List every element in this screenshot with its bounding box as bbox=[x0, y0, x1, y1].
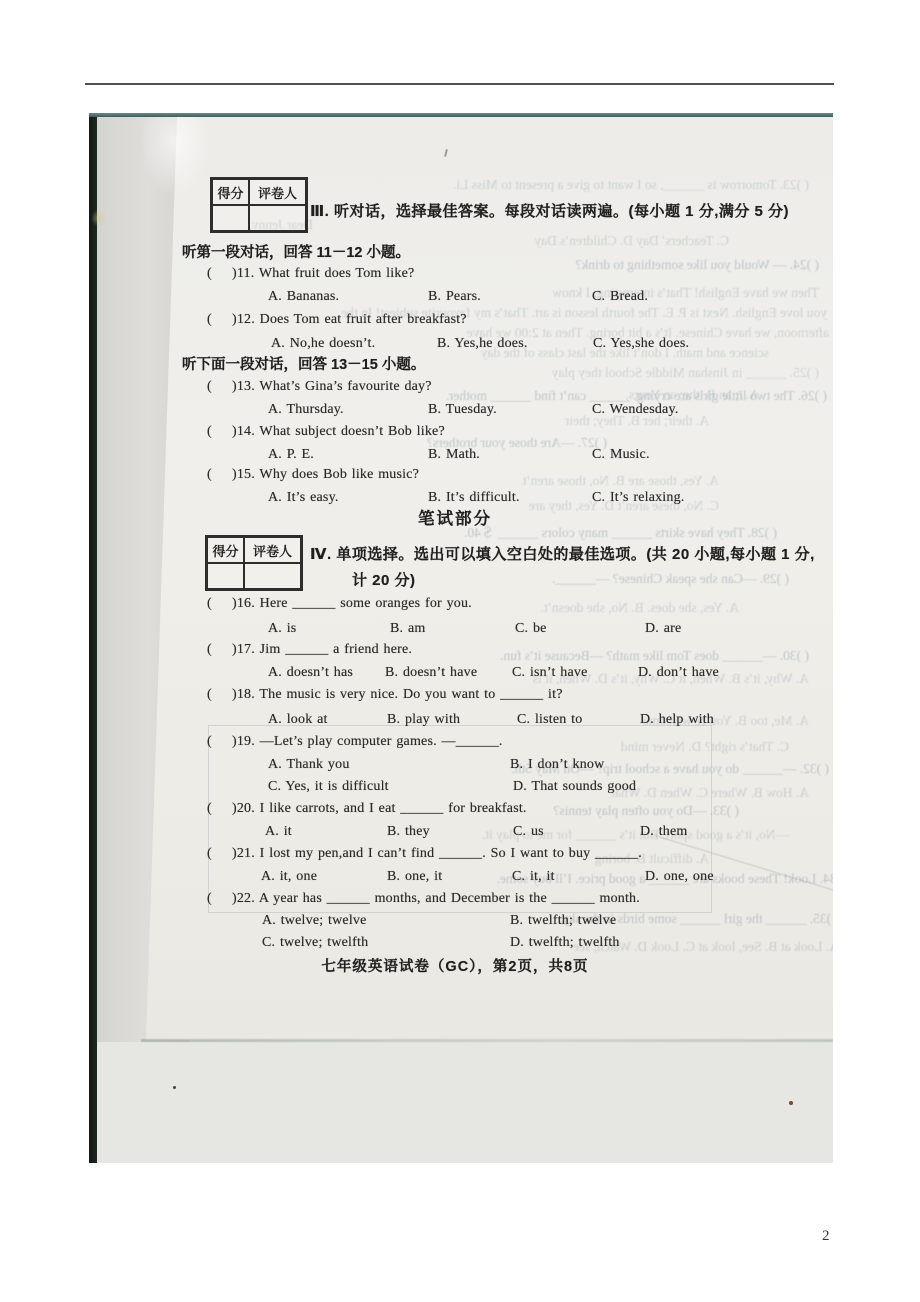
q18-option-c: C. listen to bbox=[517, 711, 582, 729]
q18-option-d: D. help with bbox=[640, 711, 714, 729]
q21-option-d: D. one, one bbox=[645, 868, 714, 886]
ghost-line: ( )25. ______ in Jinshan Middle School t… bbox=[379, 365, 819, 381]
scanned-exam-photo: ( )23. Tomorrow is ______, so I want to … bbox=[89, 113, 833, 1163]
q20-option-c: C. us bbox=[513, 823, 544, 841]
listening-instruction-2: 听下面一段对话，回答 13－15 小题。 bbox=[182, 355, 425, 375]
score-cell-empty bbox=[212, 205, 249, 231]
q22-paren: ( bbox=[207, 890, 212, 908]
score-table-listening: 得分 评卷人 bbox=[210, 177, 308, 233]
q22-option-c: C. twelve; twelfth bbox=[262, 934, 368, 952]
q11-option-b: B. Pears. bbox=[428, 288, 481, 306]
grader-cell-empty bbox=[244, 563, 301, 589]
grader-label: 评卷人 bbox=[249, 179, 306, 205]
score-label: 得分 bbox=[207, 537, 244, 563]
score-label: 得分 bbox=[212, 179, 249, 205]
grader-label: 评卷人 bbox=[244, 537, 301, 563]
q11-option-c: C. Bread. bbox=[592, 288, 648, 306]
q19-option-c: C. Yes, it is difficult bbox=[268, 778, 389, 796]
q14-paren: ( bbox=[207, 423, 212, 441]
q19-option-a: A. Thank you bbox=[268, 756, 350, 774]
q19-paren: ( bbox=[207, 733, 212, 751]
ghost-line: A. Yes, those are B. No, those aren’t bbox=[379, 473, 719, 489]
q13-option-b: B. Tuesday. bbox=[428, 401, 497, 419]
question-12-stem: )12. Does Tom eat fruit after breakfast? bbox=[232, 311, 467, 329]
top-rule-divider bbox=[85, 83, 834, 85]
grader-cell-empty bbox=[249, 205, 306, 231]
ghost-line: ( )29. —Can she speak Chinese? —______. bbox=[359, 571, 789, 587]
question-14-stem: )14. What subject doesn’t Bob like? bbox=[232, 423, 445, 441]
q20-option-b: B. they bbox=[387, 823, 430, 841]
exam-footer: 七年级英语试卷（GC），第2页，共8页 bbox=[205, 957, 705, 977]
q15-option-a: A. It’s easy. bbox=[268, 489, 339, 507]
q21-paren: ( bbox=[207, 845, 212, 863]
q14-option-a: A. P. E. bbox=[268, 446, 314, 464]
ghost-line: ( )23. Tomorrow is ______, so I want to … bbox=[289, 177, 809, 193]
q12-option-b: B. Yes,he does. bbox=[437, 335, 528, 353]
q16-paren: ( bbox=[207, 595, 212, 613]
section3-heading: Ⅲ. 听对话，选择最佳答案。每段对话读两遍。(每小题 1 分,满分 5 分) bbox=[310, 202, 789, 222]
page-number: 2 bbox=[822, 1228, 830, 1245]
q17-option-a: A. doesn’t has bbox=[268, 664, 353, 682]
q13-option-c: C. Wendesday. bbox=[592, 401, 678, 419]
q18-option-a: A. look at bbox=[268, 711, 328, 729]
question-16-stem: )16. Here ______ some oranges for you. bbox=[232, 595, 472, 613]
q17-option-c: C. isn’t have bbox=[512, 664, 588, 682]
q17-option-b: B. doesn’t have bbox=[385, 664, 477, 682]
q16-option-d: D. are bbox=[645, 620, 681, 638]
q12-option-c: C. Yes,she does. bbox=[593, 335, 689, 353]
question-15-stem: )15. Why does Bob like music? bbox=[232, 466, 419, 484]
score-cell-empty bbox=[207, 563, 244, 589]
q20-option-d: D. them bbox=[640, 823, 688, 841]
question-17-stem: )17. Jim ______ a friend here. bbox=[232, 641, 412, 659]
paper-bottom-edge bbox=[141, 1039, 833, 1042]
q15-paren: ( bbox=[207, 466, 212, 484]
q17-option-d: D. don’t have bbox=[638, 664, 719, 682]
q19-option-b: B. I don’t know bbox=[510, 756, 604, 774]
book-spine-strip bbox=[89, 113, 97, 1163]
ink-speck bbox=[173, 1086, 176, 1089]
q18-option-b: B. play with bbox=[387, 711, 460, 729]
paper-stain bbox=[91, 209, 107, 227]
scan-backing bbox=[97, 1042, 833, 1163]
q18-paren: ( bbox=[207, 686, 212, 704]
q13-paren: ( bbox=[207, 378, 212, 396]
q20-option-a: A. it bbox=[265, 823, 292, 841]
listening-instruction-1: 听第一段对话，回答 11－12 小题。 bbox=[182, 243, 410, 263]
q22-option-d: D. twelfth; twelfth bbox=[510, 934, 620, 952]
q16-option-a: A. is bbox=[268, 620, 296, 638]
q15-option-b: B. It’s difficult. bbox=[428, 489, 520, 507]
q22-option-a: A. twelve; twelve bbox=[262, 912, 367, 930]
q21-option-c: C. it, it bbox=[512, 868, 555, 886]
question-22-stem: )22. A year has ______ months, and Decem… bbox=[232, 890, 640, 908]
page: { "page_number": "2", "exam": { "paren":… bbox=[0, 0, 920, 1302]
q11-paren: ( bbox=[207, 265, 212, 283]
ghost-line: C. That’s right? D. Never mind bbox=[469, 739, 789, 755]
q16-option-c: C. be bbox=[515, 620, 547, 638]
q20-paren: ( bbox=[207, 800, 212, 818]
ink-speck bbox=[789, 1101, 793, 1105]
question-11-stem: )11. What fruit does Tom like? bbox=[232, 265, 414, 283]
q21-option-a: A. it, one bbox=[261, 868, 317, 886]
q11-option-a: A. Bananas. bbox=[268, 288, 339, 306]
q12-option-a: A. No,he doesn’t. bbox=[271, 335, 375, 353]
ghost-line: ( )24. — Would you like something to dri… bbox=[369, 257, 819, 273]
question-19-stem: )19. —Let’s play computer games. —______… bbox=[232, 733, 503, 751]
q22-option-b: B. twelfth; twelve bbox=[510, 912, 616, 930]
q12-paren: ( bbox=[207, 311, 212, 329]
ghost-line: C. Teachers’ Day D. Children’s Day bbox=[389, 233, 729, 249]
question-13-stem: )13. What’s Gina’s favourite day? bbox=[232, 378, 432, 396]
score-table-writing: 得分 评卷人 bbox=[205, 535, 303, 591]
q14-option-c: C. Music. bbox=[592, 446, 650, 464]
q13-option-a: A. Thursday. bbox=[268, 401, 344, 419]
q14-option-b: B. Math. bbox=[428, 446, 480, 464]
q21-option-b: B. one, it bbox=[387, 868, 442, 886]
written-part-title: 笔试部分 bbox=[205, 509, 705, 529]
q15-option-c: C. It’s relaxing. bbox=[592, 489, 685, 507]
section4-heading-line2: 计 20 分) bbox=[352, 571, 416, 591]
question-21-stem: )21. I lost my pen,and I can’t find ____… bbox=[232, 845, 642, 863]
q16-option-b: B. am bbox=[390, 620, 425, 638]
q17-paren: ( bbox=[207, 641, 212, 659]
section4-heading-line1: Ⅳ. 单项选择。选出可以填入空白处的最佳选项。(共 20 小题,每小题 1 分, bbox=[310, 545, 815, 565]
q19-option-d: D. That sounds good bbox=[513, 778, 636, 796]
scan-glare bbox=[139, 117, 209, 197]
question-18-stem: )18. The music is very nice. Do you want… bbox=[232, 686, 563, 704]
question-20-stem: )20. I like carrots, and I eat ______ fo… bbox=[232, 800, 527, 818]
